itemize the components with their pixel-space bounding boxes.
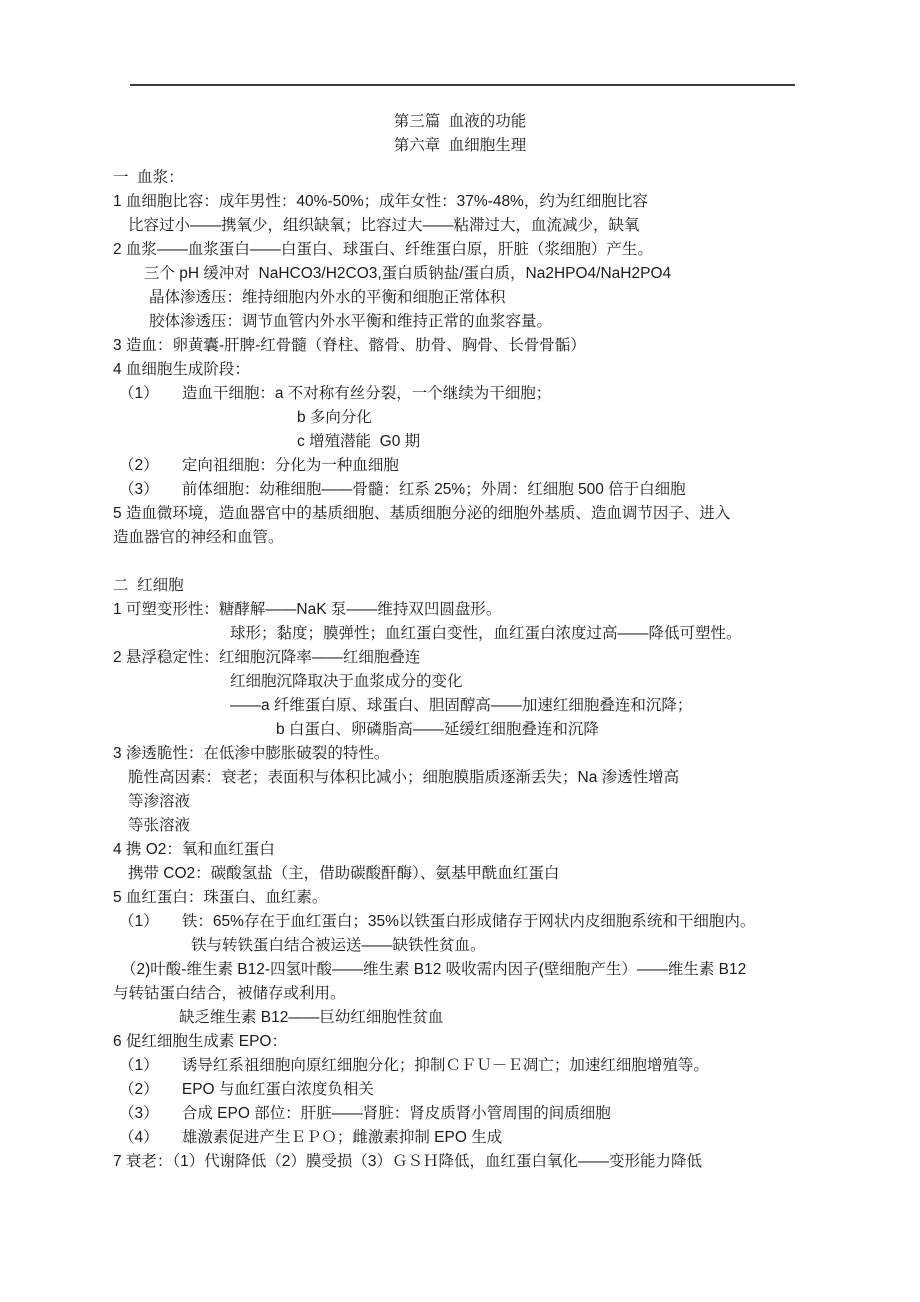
text-line: （1） 造血干细胞：a 不对称有丝分裂，一个继续为干细胞；	[119, 382, 890, 406]
text-line: 1 血细胞比容：成年男性：40%-50%；成年女性：37%-48%，约为红细胞比…	[113, 190, 890, 214]
text-line: 等渗溶液	[128, 790, 890, 814]
text-line: c 增殖潜能 G0 期	[297, 430, 890, 454]
text-line: 三个 pH 缓冲对 NaHCO3/H2CO3,蛋白质钠盐/蛋白质，Na2HPO4…	[144, 262, 890, 286]
text-line: 造血器官的神经和血管。	[113, 526, 890, 550]
text-line: 与转钴蛋白结合，被储存或利用。	[113, 982, 890, 1006]
text-line: （2)叶酸-维生素 B12-四氢叶酸——维生素 B12 吸收需内因子(壁细胞产生…	[121, 958, 890, 982]
text-line	[113, 550, 890, 574]
text-line: （3） 前体细胞：幼稚细胞——骨髓：红系 25%；外周：红细胞 500 倍于白细…	[119, 478, 890, 502]
text-line: 5 血红蛋白：珠蛋白、血红素。	[113, 886, 890, 910]
doc-title-section: 第三篇 血液的功能	[0, 110, 920, 134]
text-line: 二 红细胞	[113, 574, 890, 598]
text-line: （1） 诱导红系祖细胞向原红细胞分化；抑制ＣＦＵ－Ｅ凋亡；加速红细胞增殖等。	[119, 1054, 890, 1078]
text-line: （4） 雄激素促进产生ＥＰＯ；雌激素抑制 EPO 生成	[119, 1126, 890, 1150]
text-line: ——a 纤维蛋白原、球蛋白、胆固醇高——加速红细胞叠连和沉降；	[230, 694, 890, 718]
text-line: 脆性高因素：衰老；表面积与体积比减小；细胞膜脂质逐渐丢失；Na 渗透性增高	[128, 766, 890, 790]
text-line: （2） 定向祖细胞：分化为一种血细胞	[119, 454, 890, 478]
text-line: 2 悬浮稳定性：红细胞沉降率——红细胞叠连	[113, 646, 890, 670]
doc-title-chapter: 第六章 血细胞生理	[0, 134, 920, 158]
text-line: b 白蛋白、卵磷脂高——延缓红细胞叠连和沉降	[276, 718, 890, 742]
text-line: 携带 CO2：碳酸氢盐（主，借助碳酸酐酶）、氨基甲酰血红蛋白	[128, 862, 890, 886]
text-line: （1） 铁：65%存在于血红蛋白；35%以铁蛋白形成储存于网状内皮细胞系统和干细…	[119, 910, 890, 934]
text-line: 晶体渗透压：维持细胞内外水的平衡和细胞正常体积	[149, 286, 890, 310]
text-line: 4 携 O2：氧和血红蛋白	[113, 838, 890, 862]
text-line: 1 可塑变形性：糖酵解——NaK 泵——维持双凹圆盘形。	[113, 598, 890, 622]
text-line: 3 造血：卵黄囊-肝脾-红骨髓（脊柱、髂骨、肋骨、胸骨、长骨骨骺）	[113, 334, 890, 358]
text-line: 铁与转铁蛋白结合被运送——缺铁性贫血。	[191, 934, 890, 958]
text-line: 5 造血微环境，造血器官中的基质细胞、基质细胞分泌的细胞外基质、造血调节因子、进…	[113, 502, 890, 526]
text-line: 缺乏维生素 B12——巨幼红细胞性贫血	[179, 1006, 890, 1030]
document-body: 一 血浆：1 血细胞比容：成年男性：40%-50%；成年女性：37%-48%，约…	[0, 158, 920, 1174]
text-line: （3） 合成 EPO 部位：肝脏——肾脏：肾皮质肾小管周围的间质细胞	[119, 1102, 890, 1126]
text-line: 3 渗透脆性：在低渗中膨胀破裂的特性。	[113, 742, 890, 766]
text-line: 7 衰老：（1）代谢降低（2）膜受损（3）ＧＳＨ降低，血红蛋白氧化——变形能力降…	[113, 1150, 890, 1174]
text-line: b 多向分化	[297, 406, 890, 430]
text-line: 球形；黏度；膜弹性；血红蛋白变性，血红蛋白浓度过高——降低可塑性。	[230, 622, 890, 646]
text-line: 6 促红细胞生成素 EPO：	[113, 1030, 890, 1054]
text-line: 比容过小——携氧少，组织缺氧；比容过大——粘滞过大，血流减少，缺氧	[128, 214, 890, 238]
text-line: 2 血浆——血浆蛋白——白蛋白、球蛋白、纤维蛋白原，肝脏（浆细胞）产生。	[113, 238, 890, 262]
text-line: 等张溶液	[128, 814, 890, 838]
title-block: 第三篇 血液的功能 第六章 血细胞生理	[0, 0, 920, 158]
text-line: 红细胞沉降取决于血浆成分的变化	[230, 670, 890, 694]
document-page: 第三篇 血液的功能 第六章 血细胞生理 一 血浆：1 血细胞比容：成年男性：40…	[0, 0, 920, 1302]
text-line: （2） EPO 与血红蛋白浓度负相关	[119, 1078, 890, 1102]
text-line: 一 血浆：	[113, 166, 890, 190]
header-rule	[130, 84, 795, 86]
text-line: 胶体渗透压：调节血管内外水平衡和维持正常的血浆容量。	[149, 310, 890, 334]
text-line: 4 血细胞生成阶段：	[113, 358, 890, 382]
